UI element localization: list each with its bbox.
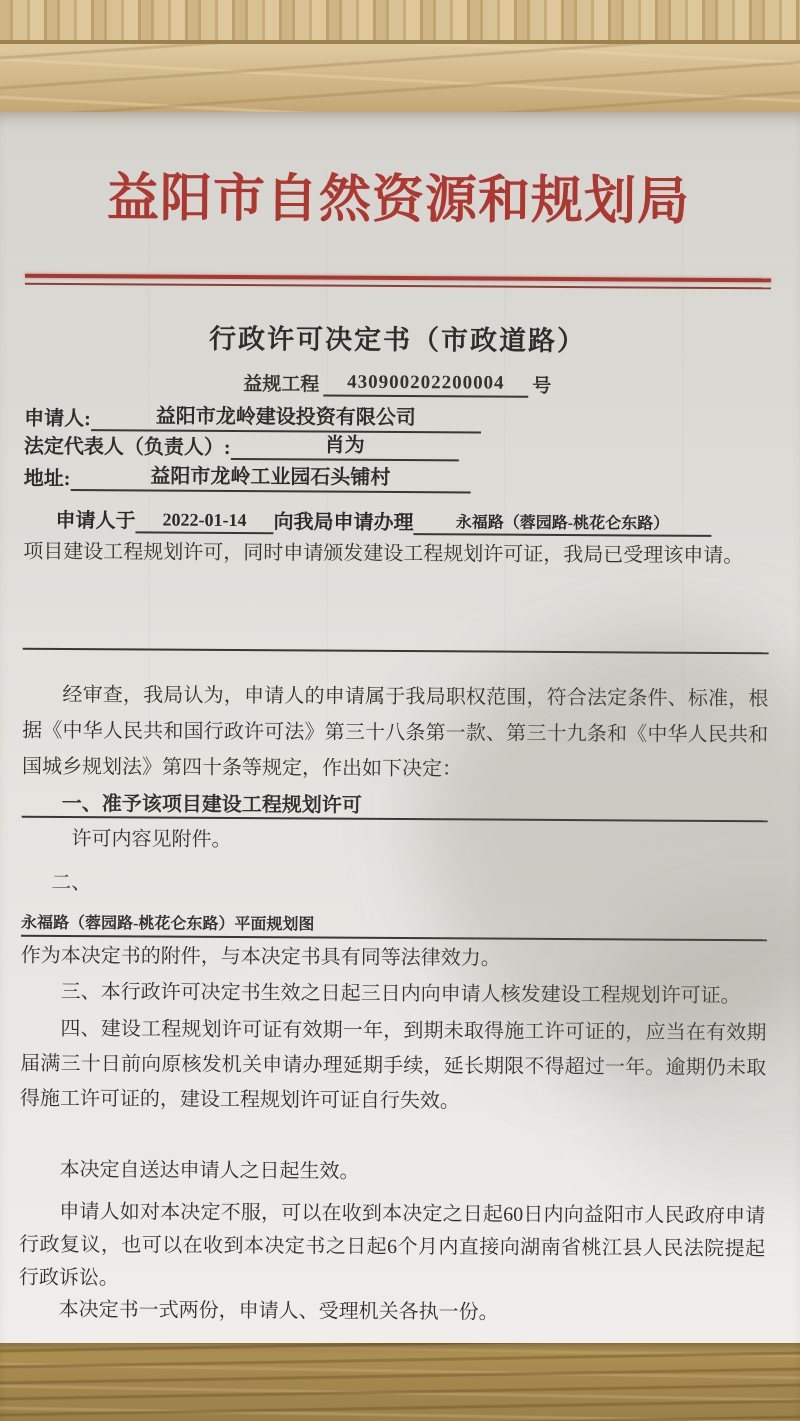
- red-rule-thick: [25, 274, 771, 283]
- wood-panel-top: [0, 0, 800, 44]
- decision-item-1-text: 一、准予该项目建设工程规划许可: [22, 787, 362, 818]
- decision-item-4: 四、建设工程规划许可证有效期一年，到期未取得施工许可证的，应当在有效期届满三十日…: [20, 1012, 767, 1122]
- application-row: 申请人于 2022-01-14 向我局申请办理 永福路（蓉园路-桃花仑东路）: [23, 491, 769, 538]
- wood-panel-bottom: [0, 1343, 800, 1421]
- agency-title: 益阳市自然资源和规划局: [25, 168, 771, 233]
- document-title: 行政许可决定书（市政道路）: [25, 323, 771, 358]
- wood-trim-bar: [0, 44, 800, 114]
- paragraph-appeal: 申请人如对本决定不服，可以在收到本决定之日起60日内向益阳市人民政府申请行政复议…: [19, 1196, 766, 1300]
- paragraph-effective: 本决定自送达申请人之日起生效。: [19, 1157, 765, 1188]
- attachment-note: 作为本决定书的附件，与本决定书具有同等法律效力。: [21, 943, 767, 974]
- address-value: 益阳市龙岭工业园石头铺村: [70, 459, 470, 493]
- application-continuation: 项目建设工程规划许可，同时申请颁发建设工程规划许可证，我局已受理该申请。: [23, 539, 769, 570]
- attachment-title-line: 永福路（蓉园路-桃花仑东路）平面规划图: [21, 896, 767, 942]
- red-double-rule: [25, 274, 771, 290]
- apply-date: 2022-01-14: [135, 509, 273, 534]
- decision-item-3: 三、本行政许可决定书生效之日起三日内向申请人核发建设工程规划许可证。: [21, 979, 767, 1010]
- apply-prefix: 申请人于: [55, 504, 135, 533]
- document-number-row: 益规工程 430900202200004 号: [24, 353, 770, 400]
- apply-middle: 向我局申请办理: [273, 505, 413, 535]
- apply-project: 永福路（蓉园路-桃花仑东路）: [413, 509, 711, 537]
- address-label: 地址:: [24, 462, 71, 491]
- paragraph-review: 经审查，我局认为，申请人的申请属于我局职权范围，符合法定条件、标准，根据《中华人…: [22, 677, 769, 790]
- legal-rep-label: 法定代表人（负责人）:: [24, 430, 231, 460]
- document-number-suffix: 号: [532, 371, 551, 398]
- legal-rep-value: 肖为: [231, 428, 459, 461]
- document-number-prefix: 益规工程: [243, 369, 319, 396]
- document-paper: 益阳市自然资源和规划局 行政许可决定书（市政道路） 益规工程 430900202…: [0, 112, 800, 1343]
- document-number: 430900202200004: [323, 372, 528, 398]
- decision-item-1: 一、准予该项目建设工程规划许可: [22, 785, 768, 823]
- address-row: 地址: 益阳市龙岭工业园石头铺村: [24, 459, 770, 496]
- attachment-title: 永福路（蓉园路-桃花仑东路）平面规划图: [21, 910, 314, 935]
- paragraph-copies: 本决定书一式两份，申请人、受理机关各执一份。: [19, 1297, 765, 1328]
- applicant-label: 申请人:: [24, 402, 91, 431]
- photo-scene: 益阳市自然资源和规划局 行政许可决定书（市政道路） 益规工程 430900202…: [0, 0, 800, 1421]
- legal-rep-row: 法定代表人（负责人）: 肖为: [24, 431, 770, 464]
- section-divider-line: [23, 648, 769, 655]
- decision-item-1-detail: 许可内容见附件。: [21, 826, 767, 857]
- document-content: 益阳市自然资源和规划局 行政许可决定书（市政道路） 益规工程 430900202…: [0, 112, 800, 1327]
- red-rule-thin: [25, 283, 771, 290]
